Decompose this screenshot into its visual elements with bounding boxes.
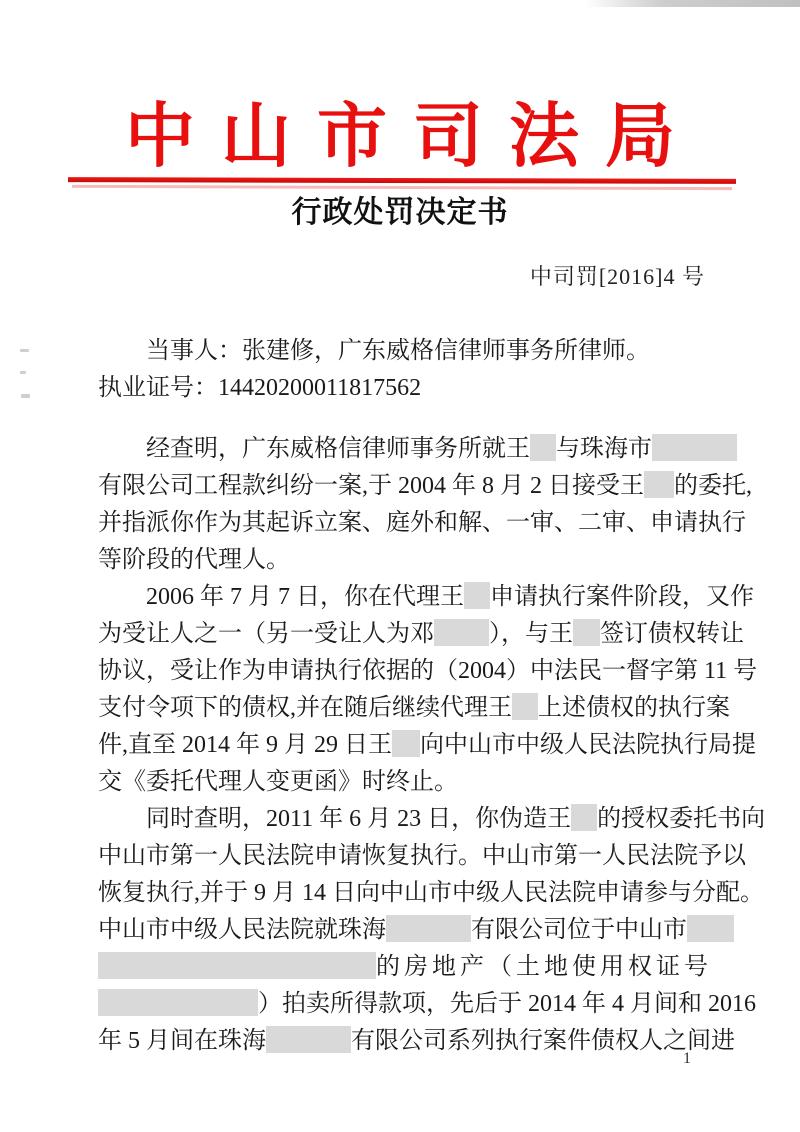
document-line: 经查明，广东威格信律师事务所就王与珠海市: [98, 431, 706, 468]
text-run: 协议，受让作为申请执行依据的（2004）中法民一督字第 11 号: [98, 658, 757, 684]
document-line: 并指派你作为其起诉立案、庭外和解、一审、二审、申请执行: [98, 505, 706, 542]
document-line: 协议，受让作为申请执行依据的（2004）中法民一督字第 11 号: [98, 653, 706, 690]
text-run: 年 5 月间在珠海: [98, 1028, 266, 1054]
scan-artifact-top-edge: [585, 0, 800, 7]
text-run: ），与王: [489, 621, 573, 647]
document-line: 中山市中级人民法院就珠海有限公司位于中山市: [98, 912, 706, 949]
redaction-block: [512, 693, 538, 720]
text-run: 当事人：张建修，广东威格信律师事务所律师。: [146, 338, 650, 364]
redaction-block: [530, 434, 556, 461]
page-number: 1: [683, 1050, 691, 1068]
redaction-block: [573, 619, 600, 646]
scan-speck: [21, 394, 30, 398]
scan-speck: [20, 371, 26, 374]
text-run: 的授权委托书向: [597, 806, 765, 832]
text-run: 恢复执行,并于 9 月 14 日向中山市中级人民法院申请参与分配。: [98, 880, 764, 906]
header-red-rule-shadow: [72, 185, 732, 190]
text-run: ）拍卖所得款项，先后于 2014 年 4 月间和 2016: [258, 991, 756, 1017]
document-line: ）拍卖所得款项，先后于 2014 年 4 月间和 2016: [98, 986, 706, 1023]
document-line: 2006 年 7 月 7 日，你在代理王申请执行案件阶段，又作: [98, 579, 706, 616]
text-run: 有限公司工程款纠纷一案,于 2004 年 8 月 2 日接受王: [98, 473, 644, 499]
redaction-block: [266, 1026, 351, 1053]
document-line: 执业证号：14420200011817562: [98, 370, 706, 407]
paragraph-gap: [98, 407, 706, 431]
redaction-block: [644, 471, 674, 498]
text-run: 有限公司位于中山市: [471, 917, 687, 943]
redaction-block: [434, 619, 489, 646]
text-run: 同时查明，2011 年 6 月 23 日，你伪造王: [146, 806, 571, 832]
text-run: 上述债权的执行案: [538, 695, 730, 721]
text-run: 中山市中级人民法院就珠海: [98, 917, 386, 943]
redaction-block: [687, 915, 734, 942]
text-run: 中山市第一人民法院申请恢复执行。中山市第一人民法院予以: [98, 843, 746, 869]
redaction-block: [386, 915, 471, 942]
text-run: 并指派你作为其起诉立案、庭外和解、一审、二审、申请执行: [98, 510, 746, 536]
text-run: 2006 年 7 月 7 日，你在代理王: [146, 584, 464, 610]
document-line: 年 5 月间在珠海有限公司系列执行案件债权人之间进: [98, 1023, 706, 1060]
text-run: 签订债权转让: [600, 621, 744, 647]
redaction-block: [98, 989, 258, 1016]
text-run: 经查明，广东威格信律师事务所就王: [146, 436, 530, 462]
text-run: 向中山市中级人民法院执行局提: [420, 732, 756, 758]
document-line: 中山市第一人民法院申请恢复执行。中山市第一人民法院予以: [98, 838, 706, 875]
text-run: 的委托,: [674, 473, 752, 499]
document-line: 的房地产（土地使用权证号: [98, 949, 706, 986]
document-title: 行政处罚决定书: [0, 193, 800, 233]
scan-speck: [20, 349, 29, 352]
text-run: 交《委托代理人变更函》时终止。: [98, 769, 458, 795]
document-line: 等阶段的代理人。: [98, 542, 706, 579]
document-line: 交《委托代理人变更函》时终止。: [98, 764, 706, 801]
text-run: 申请执行案件阶段，又作: [490, 584, 754, 610]
text-run: 与珠海市: [556, 436, 652, 462]
redaction-block: [464, 582, 490, 609]
text-run: 支付令项下的债权,并在随后继续代理王: [98, 695, 512, 721]
redaction-block: [98, 952, 376, 979]
document-number: 中司罚[2016]4 号: [530, 260, 705, 291]
document-line: 为受让人之一（另一受让人为邓），与王签订债权转让: [98, 616, 706, 653]
redaction-block: [392, 730, 420, 757]
redaction-block: [571, 804, 597, 831]
document-body: 当事人：张建修，广东威格信律师事务所律师。执业证号：14420200011817…: [98, 333, 706, 1060]
document-line: 有限公司工程款纠纷一案,于 2004 年 8 月 2 日接受王的委托,: [98, 468, 706, 505]
organization-title: 中山市司法局: [0, 96, 800, 180]
text-run: 件,直至 2014 年 9 月 29 日王: [98, 732, 392, 758]
redaction-block: [652, 434, 737, 461]
document-line: 支付令项下的债权,并在随后继续代理王上述债权的执行案: [98, 690, 706, 727]
document-line: 件,直至 2014 年 9 月 29 日王向中山市中级人民法院执行局提: [98, 727, 706, 764]
text-run: 等阶段的代理人。: [98, 547, 290, 573]
document-line: 当事人：张建修，广东威格信律师事务所律师。: [98, 333, 706, 370]
text-run: 的房地产（土地使用权证号: [376, 954, 712, 980]
header-red-rule: [68, 177, 736, 184]
scanned-document-page: 中山市司法局 行政处罚决定书 中司罚[2016]4 号 当事人：张建修，广东威格…: [0, 0, 800, 1132]
text-run: 有限公司系列执行案件债权人之间进: [351, 1028, 735, 1054]
document-line: 恢复执行,并于 9 月 14 日向中山市中级人民法院申请参与分配。: [98, 875, 706, 912]
text-run: 执业证号：14420200011817562: [98, 375, 421, 401]
text-run: 为受让人之一（另一受让人为邓: [98, 621, 434, 647]
document-line: 同时查明，2011 年 6 月 23 日，你伪造王的授权委托书向: [98, 801, 706, 838]
